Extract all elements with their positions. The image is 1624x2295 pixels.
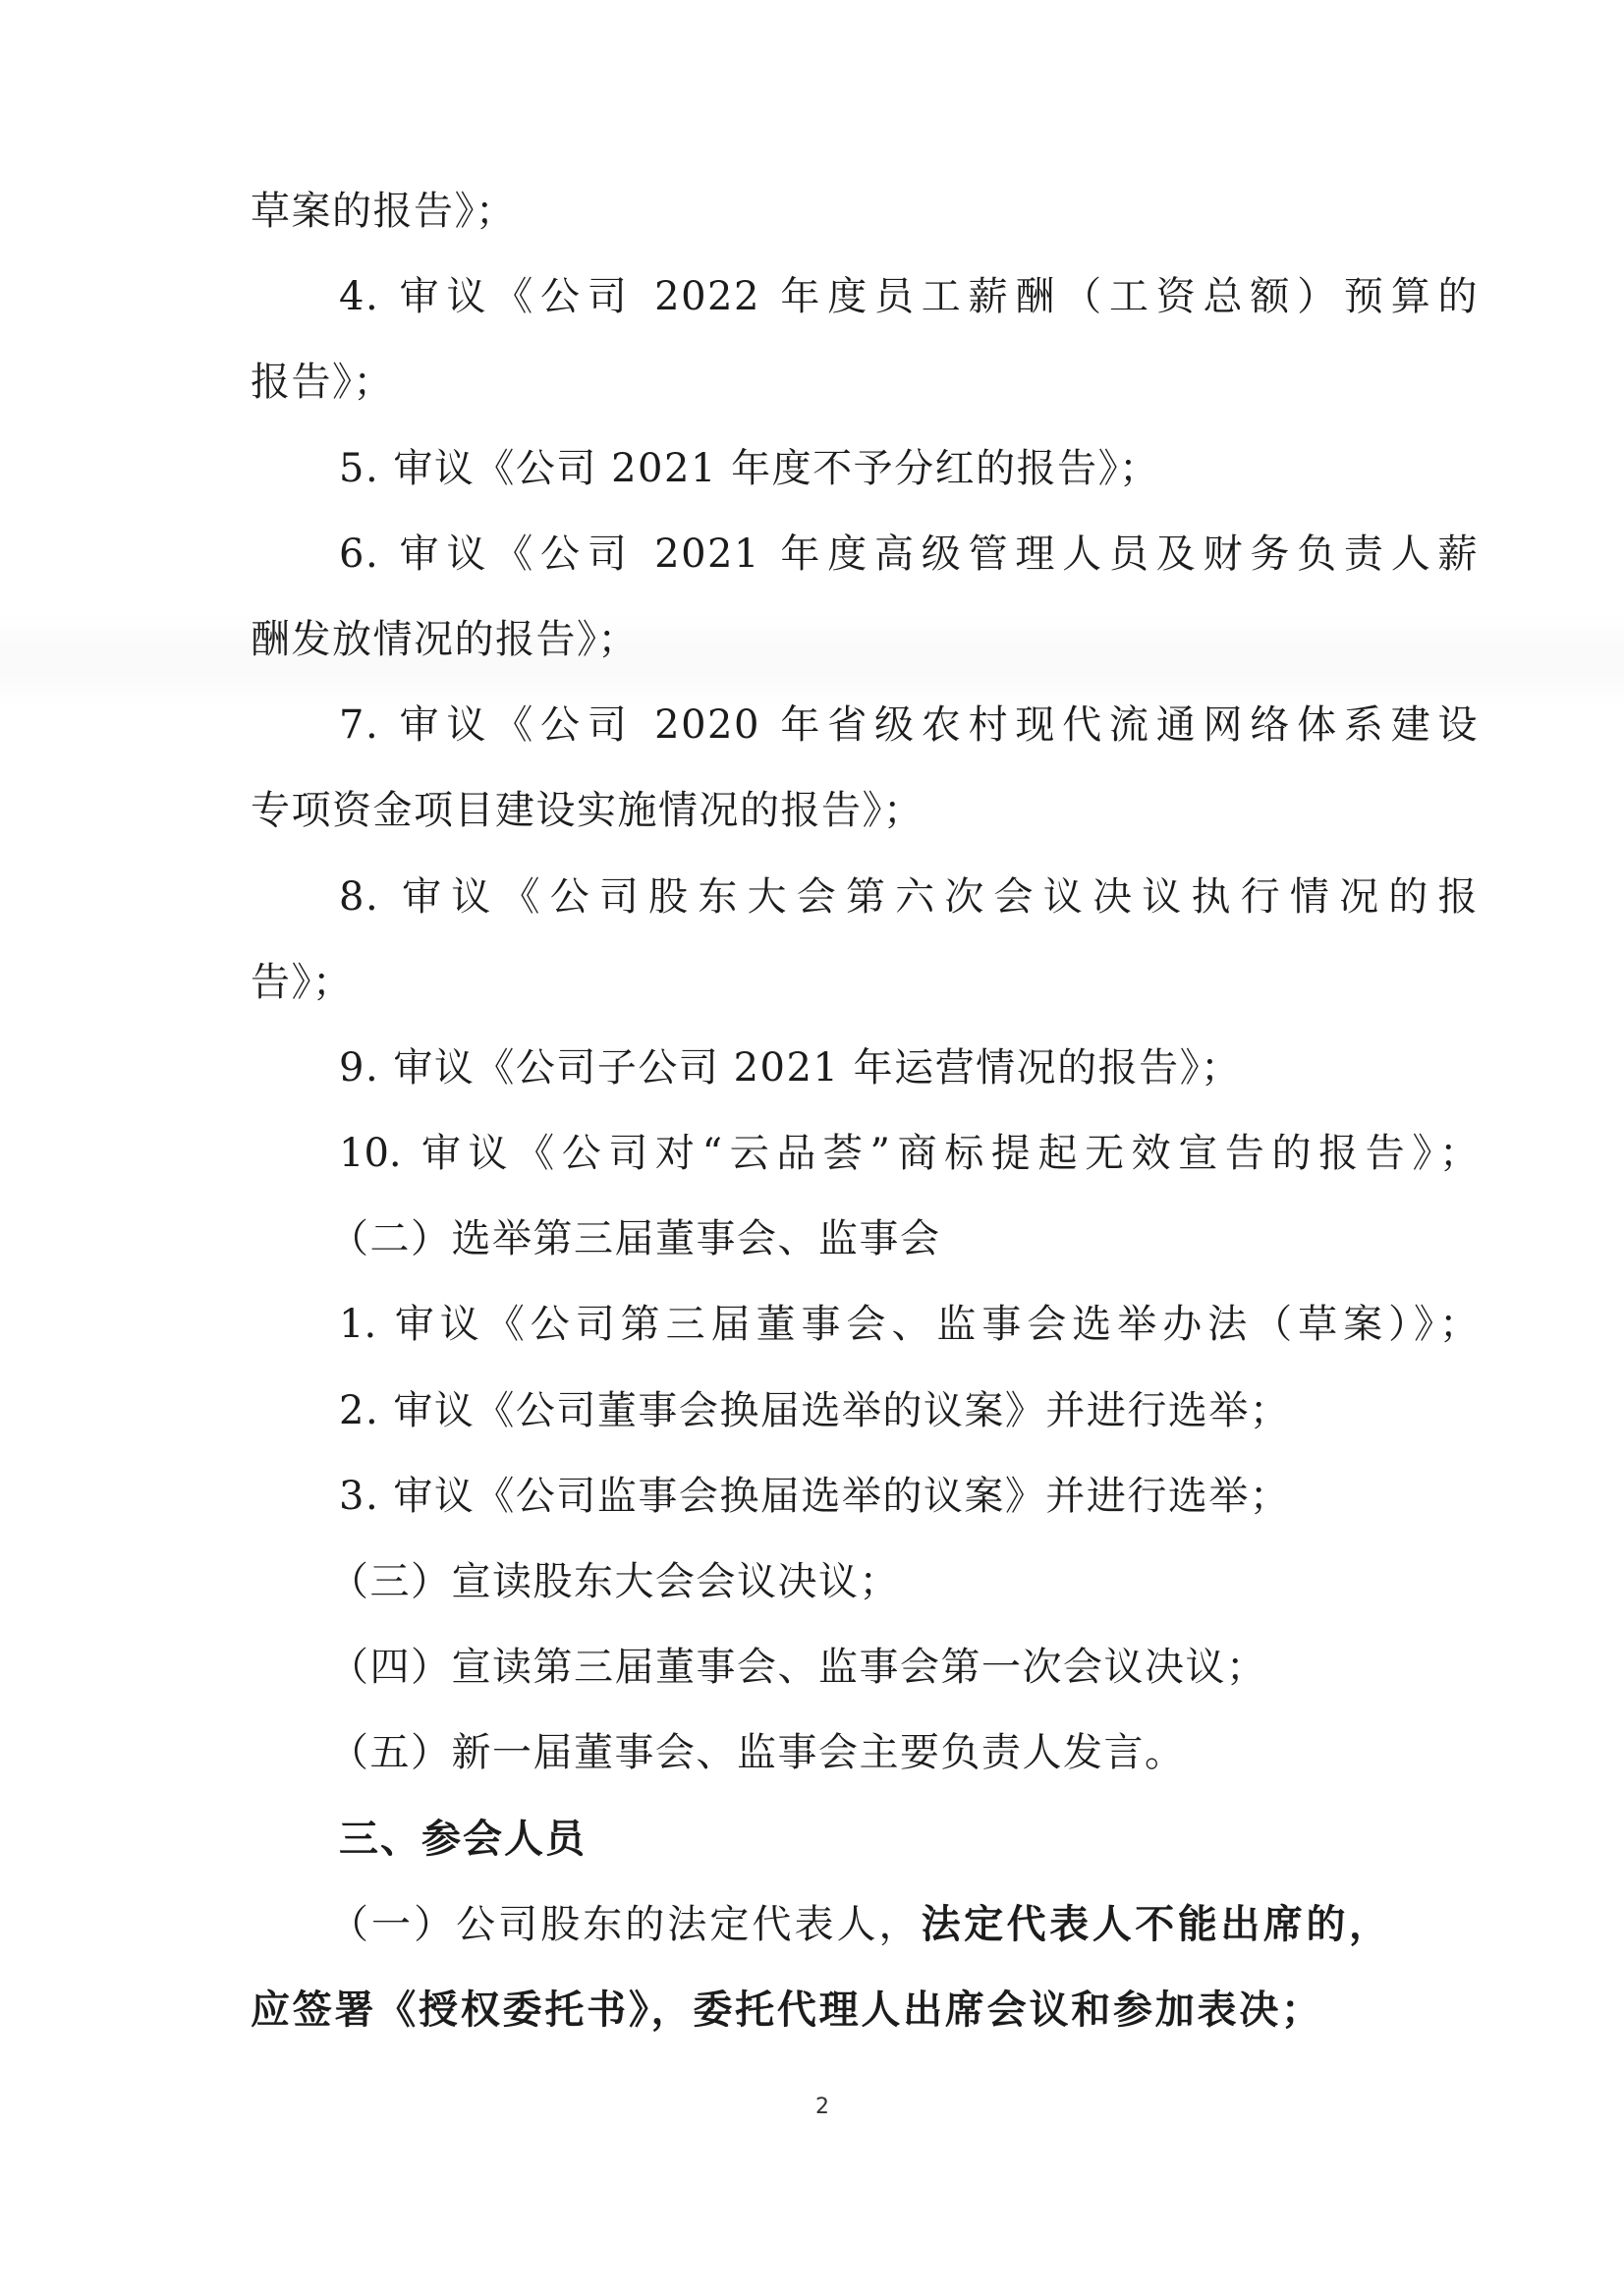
agenda-item-6: 6. 审议《公司 2021 年度高级管理人员及财务负责人薪 xyxy=(251,512,1479,597)
document-page: 草案的报告》； 4. 审议《公司 2022 年度员工薪酬（工资总额）预算的 报告… xyxy=(0,0,1624,2295)
agenda-item-10: 10. 审议《公司对“云品荟”商标提起无效宣告的报告》； xyxy=(251,1111,1479,1197)
agenda-item-8-continuation: 告》； xyxy=(251,940,1390,1026)
attendees-item-1-part-b: 法定代表人不能出席的， xyxy=(922,1902,1390,1947)
agenda-item-7: 7. 审议《公司 2020 年省级农村现代流通网络体系建设 xyxy=(251,683,1479,768)
election-item-1: 1. 审议《公司第三届董事会、监事会选举办法（草案）》； xyxy=(251,1282,1479,1368)
document-body: 草案的报告》； 4. 审议《公司 2022 年度员工薪酬（工资总额）预算的 报告… xyxy=(251,169,1390,2053)
section-heading-attendees: 三、参会人员 xyxy=(251,1797,1390,1882)
agenda-item-4-continuation: 报告》； xyxy=(251,340,1390,425)
section-heading-election: （二）选举第三届董事会、监事会 xyxy=(251,1197,1390,1282)
attendees-item-1-continuation: 应签署《授权委托书》，委托代理人出席会议和参加表决； xyxy=(251,1968,1321,2053)
agenda-item-4: 4. 审议《公司 2022 年度员工薪酬（工资总额）预算的 xyxy=(251,254,1479,340)
attendees-item-1: （一）公司股东的法定代表人，法定代表人不能出席的， xyxy=(251,1882,1390,1968)
agenda-item-3-continuation: 草案的报告》； xyxy=(251,169,1390,254)
election-item-2: 2. 审议《公司董事会换届选举的议案》并进行选举； xyxy=(251,1369,1390,1454)
section-read-resolution: （三）宣读股东大会会议决议； xyxy=(251,1539,1390,1625)
agenda-item-5: 5. 审议《公司 2021 年度不予分红的报告》； xyxy=(251,426,1390,512)
agenda-item-9: 9. 审议《公司子公司 2021 年运营情况的报告》； xyxy=(251,1026,1390,1111)
agenda-item-6-continuation: 酬发放情况的报告》； xyxy=(251,597,1390,683)
section-read-board-resolution: （四）宣读第三届董事会、监事会第一次会议决议； xyxy=(251,1625,1390,1710)
election-item-3: 3. 审议《公司监事会换届选举的议案》并进行选举； xyxy=(251,1454,1390,1539)
agenda-item-7-continuation: 专项资金项目建设实施情况的报告》； xyxy=(251,768,1390,854)
page-number: 2 xyxy=(808,2095,837,2119)
section-speeches: （五）新一届董事会、监事会主要负责人发言。 xyxy=(251,1710,1390,1796)
attendees-item-1-part-a: （一）公司股东的法定代表人， xyxy=(329,1902,922,1947)
agenda-item-8: 8. 审议《公司股东大会第六次会议决议执行情况的报 xyxy=(251,855,1479,940)
